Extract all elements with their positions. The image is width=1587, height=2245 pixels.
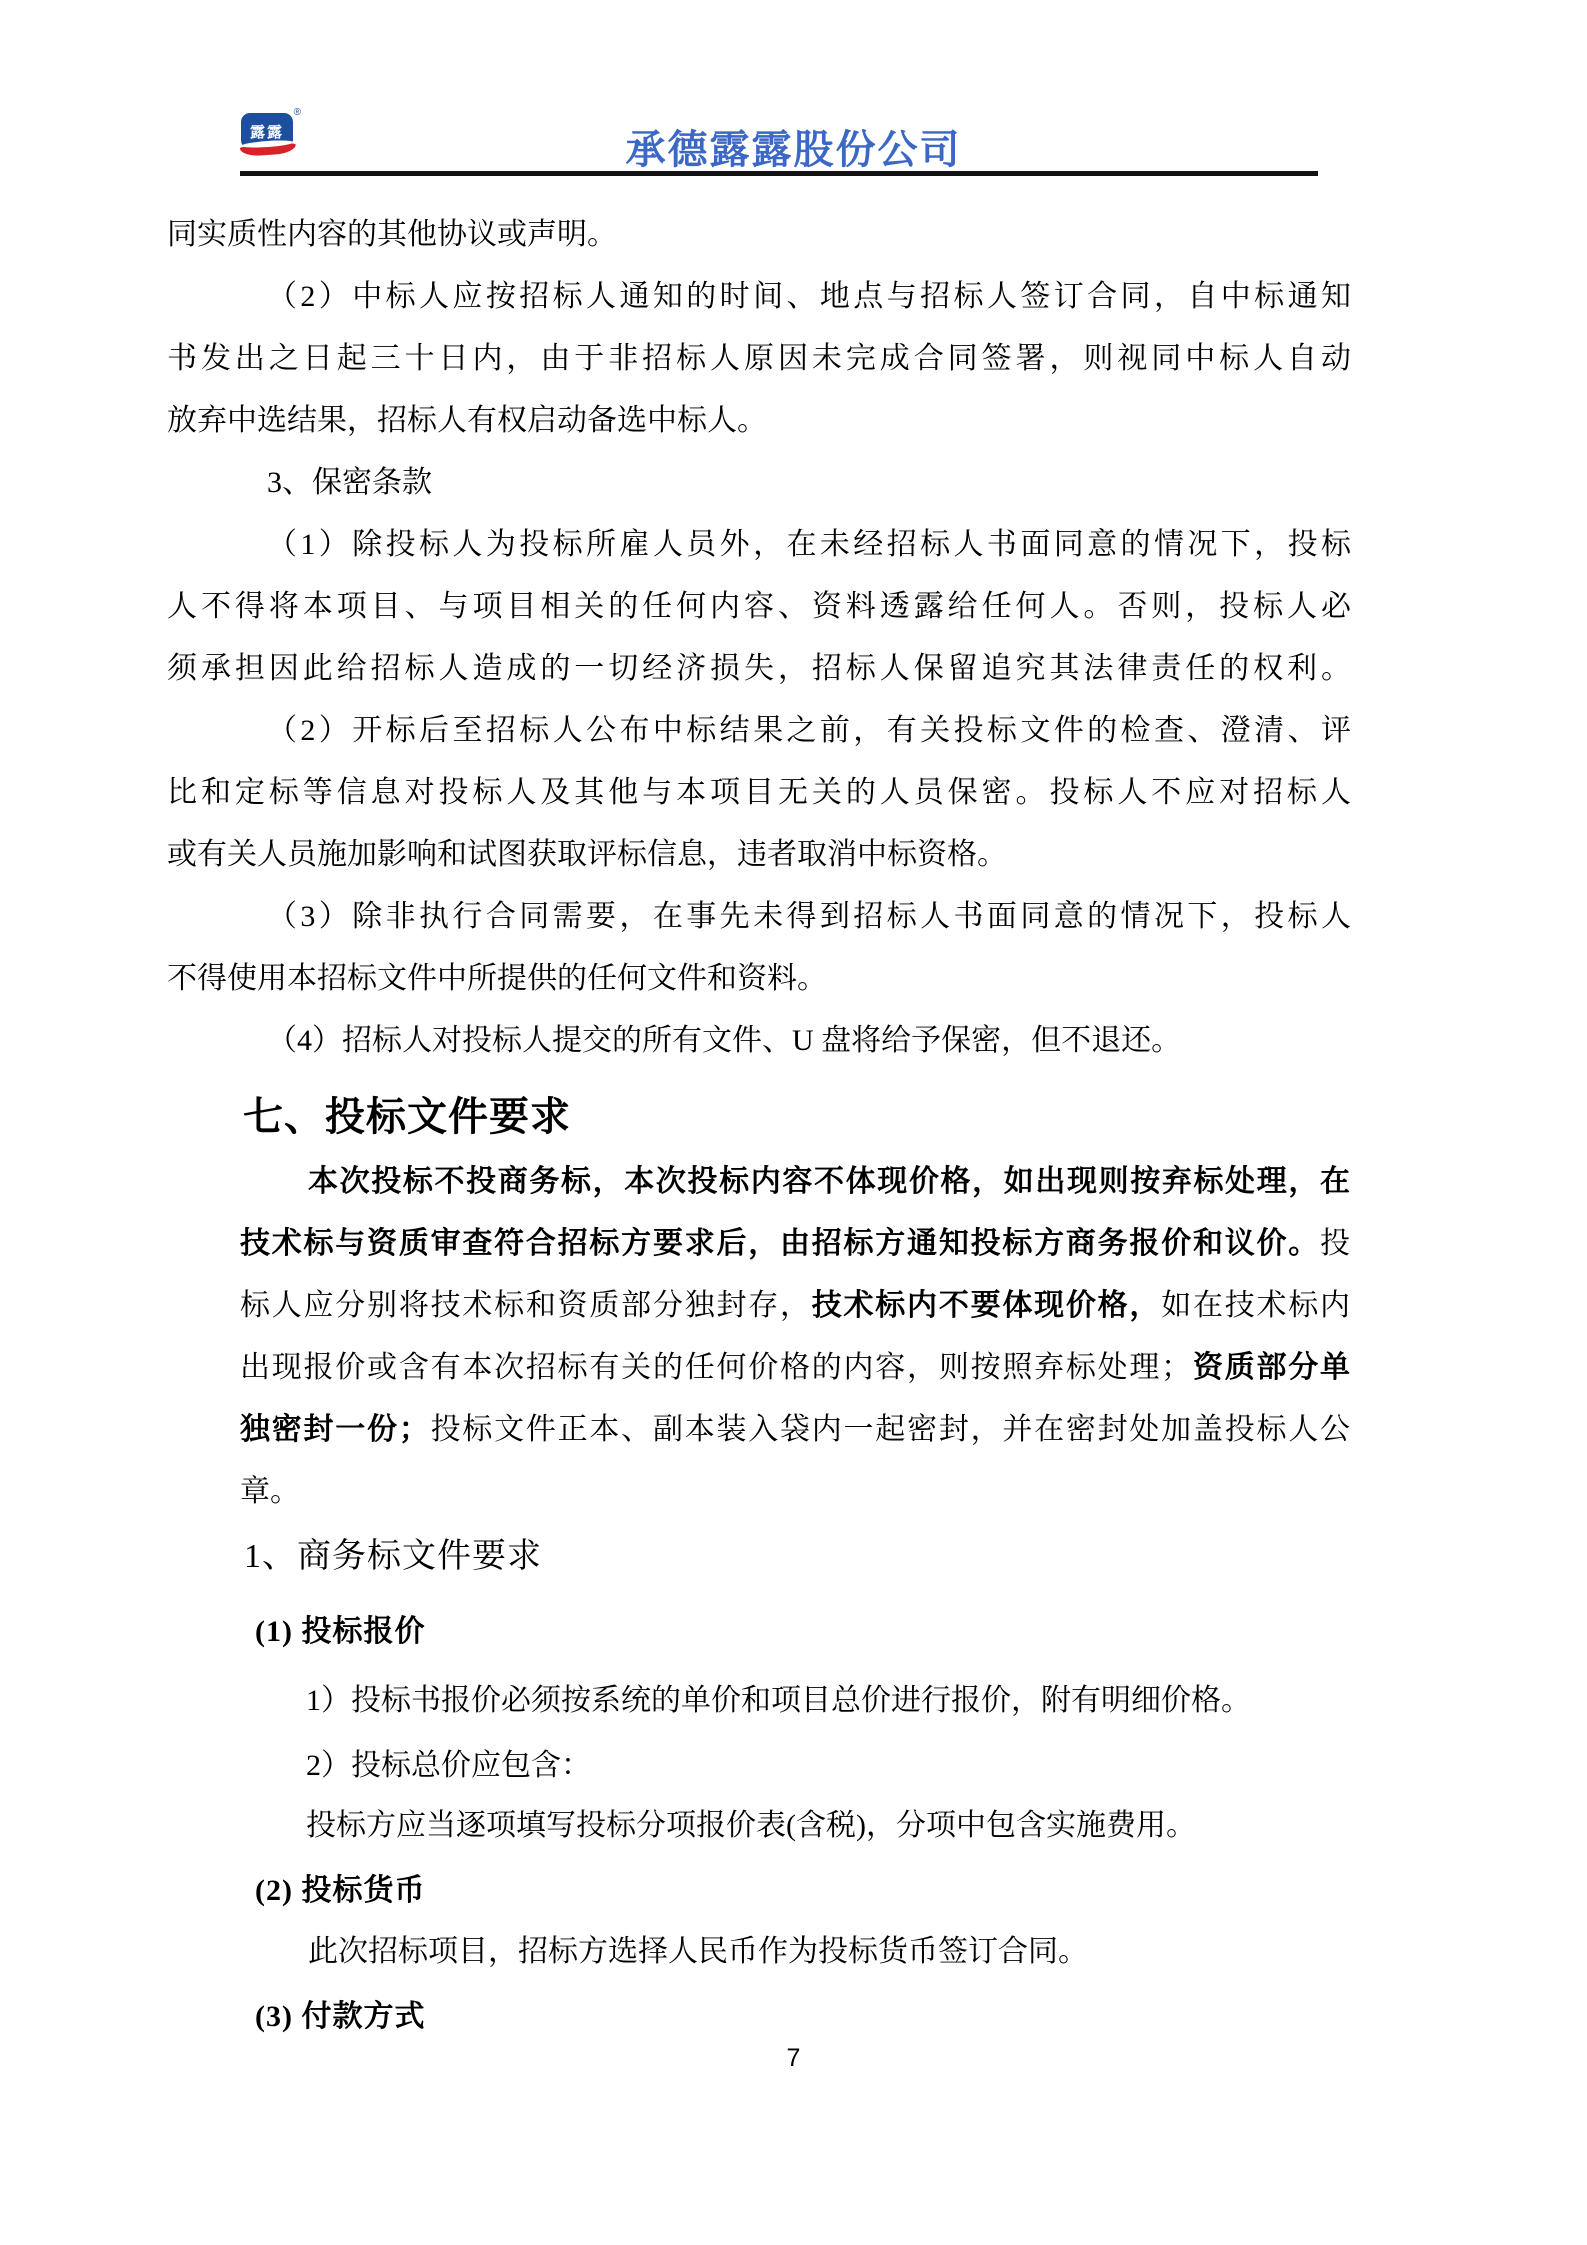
text-run: 须承担因此给招标人造成的一切经济损失，招标人保留追究其法律责任的权利。 (167, 652, 1351, 685)
company-title: 承德露露股份公司 (0, 118, 1587, 175)
text-run: （1）除投标人为投标所雇人员外，在未经招标人书面同意的情况下，投标 (267, 528, 1351, 561)
subheading-payment-method: (3) 付款方式 (255, 1997, 425, 2037)
text-run: 放弃中选结果，招标人有权启动备选中标人。 (167, 404, 767, 437)
bid-currency-text: 此次招标项目，招标方选择人民币作为投标货币签订合同。 (308, 1932, 1088, 1972)
section7-paragraph: 本次投标不投商务标，本次投标内容不体现价格，如出现则按弃标处理，在技术标与资质审… (240, 1151, 1350, 1523)
text-line: 独密封一份；投标文件正本、副本装入袋内一起密封，并在密封处加盖投标人公 (240, 1399, 1350, 1461)
subheading-bid-quote: (1) 投标报价 (255, 1612, 425, 1652)
page-number: 7 (0, 2044, 1587, 2073)
text-line: 放弃中选结果，招标人有权启动备选中标人。 (167, 390, 1351, 452)
section7-heading: 七、投标文件要求 (243, 1092, 571, 1142)
text-line: 须承担因此给招标人造成的一切经济损失，招标人保留追究其法律责任的权利。 (167, 638, 1351, 700)
registered-trademark-icon: ® (294, 107, 301, 118)
text-run: 人不得将本项目、与项目相关的任何内容、资料透露给任何人。否则，投标人必 (167, 590, 1351, 623)
text-run: （4）招标人对投标人提交的所有文件、U 盘将给予保密，但不退还。 (267, 1024, 1181, 1057)
text-run: 本次投标不投商务标，本次投标内容不体现价格，如出现则按弃标处理，在 (308, 1165, 1350, 1198)
text-line: 同实质性内容的其他协议或声明。 (167, 204, 1351, 266)
text-run: 同实质性内容的其他协议或声明。 (167, 218, 617, 251)
text-run: 或有关人员施加影响和试图获取评标信息，违者取消中标资格。 (167, 838, 1007, 871)
text-line: （2）中标人应按招标人通知的时间、地点与招标人签订合同，自中标通知 (167, 266, 1351, 328)
bid-quote-item-2: 2）投标总价应包含： (306, 1746, 591, 1786)
text-line: （4）招标人对投标人提交的所有文件、U 盘将给予保密，但不退还。 (167, 1010, 1351, 1072)
text-line: 技术标与资质审查符合招标方要求后，由招标方通知投标方商务报价和议价。投 (240, 1213, 1350, 1275)
text-run: 出现报价或含有本次招标有关的任何价格的内容，则按照弃标处理； (240, 1351, 1191, 1384)
text-run: 投 (1320, 1227, 1350, 1260)
text-line: 比和定标等信息对投标人及其他与本项目无关的人员保密。投标人不应对招标人 (167, 762, 1351, 824)
text-line: 标人应分别将技术标和资质部分独封存，技术标内不要体现价格，如在技术标内 (240, 1275, 1350, 1337)
text-run: 独密封一份； (240, 1413, 429, 1446)
text-run: （2）开标后至招标人公布中标结果之前，有关投标文件的检查、澄清、评 (267, 714, 1351, 747)
text-run: 技术标内不要体现价格， (812, 1289, 1161, 1322)
header-rule (240, 171, 1318, 176)
bid-quote-note: 投标方应当逐项填写投标分项报价表(含税)，分项中包含实施费用。 (306, 1806, 1196, 1846)
text-line: 人不得将本项目、与项目相关的任何内容、资料透露给任何人。否则，投标人必 (167, 576, 1351, 638)
text-line: 章。 (240, 1461, 1350, 1523)
text-run: 3、保密条款 (267, 466, 432, 499)
text-line: 本次投标不投商务标，本次投标内容不体现价格，如出现则按弃标处理，在 (240, 1151, 1350, 1213)
text-line: 不得使用本招标文件中所提供的任何文件和资料。 (167, 948, 1351, 1010)
text-line: 书发出之日起三十日内，由于非招标人原因未完成合同签署，则视同中标人自动 (167, 328, 1351, 390)
bid-quote-item-1: 1）投标书报价必须按系统的单价和项目总价进行报价，附有明细价格。 (306, 1681, 1251, 1721)
text-line: 出现报价或含有本次招标有关的任何价格的内容，则按照弃标处理；资质部分单 (240, 1337, 1350, 1399)
subheading-commercial-bid-requirements: 1、商务标文件要求 (244, 1534, 542, 1580)
text-run: 标人应分别将技术标和资质部分独封存， (240, 1289, 812, 1322)
contract-and-confidentiality-paragraphs: 同实质性内容的其他协议或声明。（2）中标人应按招标人通知的时间、地点与招标人签订… (167, 204, 1351, 1072)
document-page: 露露 ® 承德露露股份公司 同实质性内容的其他协议或声明。（2）中标人应按招标人… (0, 0, 1587, 2245)
text-run: 不得使用本招标文件中所提供的任何文件和资料。 (167, 962, 827, 995)
text-run: （3）除非执行合同需要，在事先未得到招标人书面同意的情况下，投标人 (267, 900, 1351, 933)
text-line: （2）开标后至招标人公布中标结果之前，有关投标文件的检查、澄清、评 (167, 700, 1351, 762)
text-line: （1）除投标人为投标所雇人员外，在未经招标人书面同意的情况下，投标 (167, 514, 1351, 576)
subheading-bid-currency: (2) 投标货币 (255, 1871, 425, 1911)
text-run: 如在技术标内 (1161, 1289, 1350, 1322)
text-line: 或有关人员施加影响和试图获取评标信息，违者取消中标资格。 (167, 824, 1351, 886)
text-line: 3、保密条款 (167, 452, 1351, 514)
text-run: （2）中标人应按招标人通知的时间、地点与招标人签订合同，自中标通知 (267, 280, 1351, 313)
text-line: （3）除非执行合同需要，在事先未得到招标人书面同意的情况下，投标人 (167, 886, 1351, 948)
text-run: 比和定标等信息对投标人及其他与本项目无关的人员保密。投标人不应对招标人 (167, 776, 1351, 809)
text-run: 书发出之日起三十日内，由于非招标人原因未完成合同签署，则视同中标人自动 (167, 342, 1351, 375)
text-run: 章。 (240, 1475, 300, 1508)
text-run: 投标文件正本、副本装入袋内一起密封，并在密封处加盖投标人公 (429, 1413, 1350, 1446)
text-run: 资质部分单 (1191, 1351, 1350, 1384)
text-run: 技术标与资质审查符合招标方要求后，由招标方通知投标方商务报价和议价。 (240, 1227, 1320, 1260)
